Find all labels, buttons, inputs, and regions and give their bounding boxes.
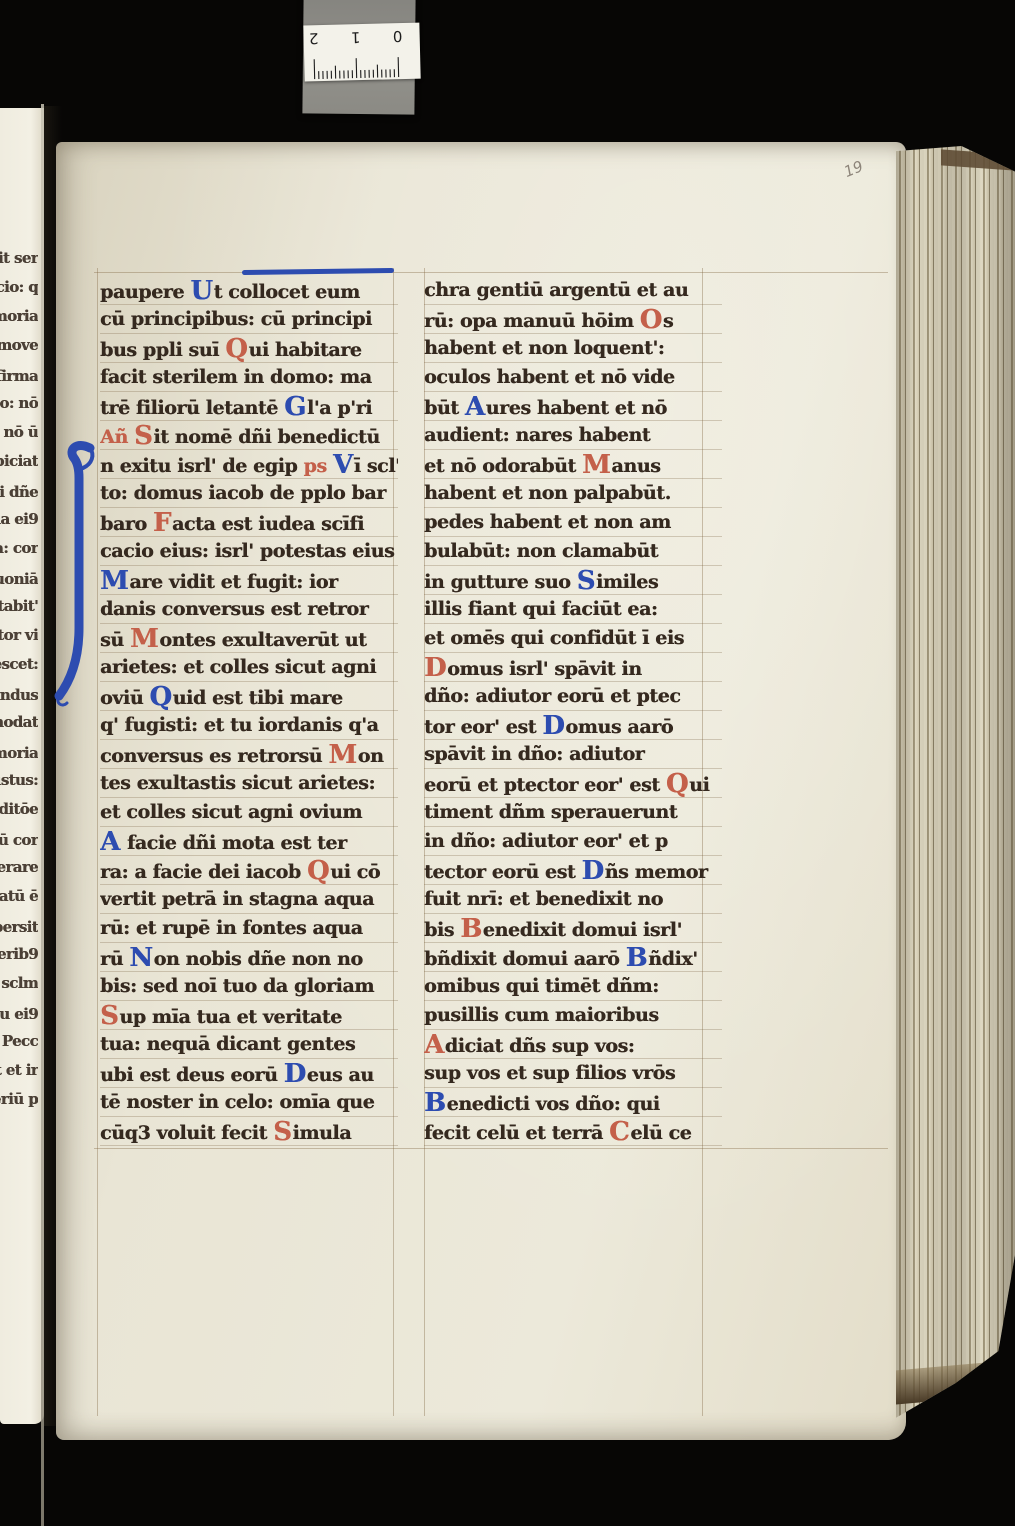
- text-line: tē noster in celo: omīa que: [100, 1088, 398, 1117]
- versal-initial: F: [153, 508, 171, 537]
- manuscript-photograph: 210 disponit serin iudicio: qin memorian…: [0, 0, 1015, 1526]
- text-line: vertit petrā in stagna aqua: [100, 885, 398, 914]
- versal-initial: C: [609, 1117, 629, 1146]
- text-line: fuit nrī: et benedixit no: [424, 885, 722, 914]
- text-segment: et tabescet:: [0, 655, 38, 673]
- ruler-numbers: 210: [303, 23, 419, 26]
- ruler-tick-marks: [304, 53, 421, 80]
- text-segment: ei9 sperare: [0, 858, 38, 876]
- versal-initial: D: [581, 856, 603, 885]
- text-line: tor eor' est Domus aarō: [424, 711, 722, 740]
- text-segment: ro: eius nō ū: [0, 423, 38, 441]
- text-line: oviū Quid est tibi mare: [100, 682, 398, 711]
- text-segment: tector eorū est: [424, 861, 581, 883]
- text-line: In memoria: [0, 737, 38, 766]
- text-segment: cū principibus: cū principi: [100, 308, 372, 330]
- text-segment: fuit nrī: et benedixit no: [424, 888, 663, 910]
- text-segment: ps: [304, 455, 333, 477]
- text-segment: sū: [100, 629, 130, 651]
- text-segment: uoniā: [0, 570, 38, 588]
- text-line: dño: adiutor eorū et ptec: [424, 682, 722, 711]
- text-segment: et comodat: [0, 713, 38, 731]
- text-segment: pedes habent et non am: [424, 511, 671, 533]
- text-segment: ab auditōe: [0, 800, 38, 818]
- text-segment: tua: nequā dicant gentes: [100, 1033, 355, 1055]
- text-line: exaltabit': [0, 592, 38, 621]
- text-line: r despiciat: [0, 447, 38, 476]
- text-segment: arietes: et colles sicut agni: [100, 656, 376, 678]
- text-line: ro: eius nō ū: [0, 418, 38, 447]
- text-line: Añ Sit nomē dñi benedictū: [100, 421, 398, 450]
- text-segment: bis: sed noī tuo da gloriam: [100, 975, 374, 997]
- text-segment: pusillis cum maioribus: [424, 1004, 659, 1026]
- text-segment: to: domus iacob de pplo bar: [100, 482, 386, 504]
- text-segment: ui habitare: [248, 339, 361, 361]
- ruling-horizontal-bottom: [94, 1148, 888, 1149]
- text-line: non cōmove: [0, 331, 38, 360]
- text-segment: non cōmove: [0, 336, 38, 354]
- text-segment: cūq3 voluit fecit: [100, 1122, 273, 1144]
- text-segment: bulabūt: non clamabūt: [424, 540, 658, 562]
- versal-initial: Q: [307, 856, 329, 885]
- text-segment: bñdixit domui aarō: [424, 948, 626, 970]
- text-line: pedes habent et non am: [424, 508, 722, 537]
- ruler-number: 0: [390, 27, 404, 45]
- text-line: videbit et ir: [0, 1056, 38, 1085]
- text-segment: rū: opa manuū hōim: [424, 310, 640, 332]
- text-segment: imiles: [596, 571, 658, 593]
- text-segment: q' fugisti: et tu iordanis q'a: [100, 714, 378, 736]
- text-line: Benedicti vos dño: qui: [424, 1088, 722, 1117]
- text-line: in gl'a Pecc: [0, 1027, 38, 1056]
- text-line: cūq3 voluit fecit Simula: [100, 1117, 398, 1146]
- text-line: in iudicio: q: [0, 273, 38, 302]
- text-line: oculos habent et nō vide: [424, 363, 722, 392]
- text-line: to: domus iacob de pplo bar: [100, 479, 398, 508]
- text-line: iustitia ei9: [0, 505, 38, 534]
- versal-initial: D: [284, 1059, 306, 1088]
- text-segment: aratū cor: [0, 831, 38, 849]
- text-line: habent et non loquent':: [424, 334, 722, 363]
- versal-initial: B: [424, 1088, 446, 1117]
- text-line: danis conversus est retror: [100, 595, 398, 624]
- text-line: rū: opa manuū hōim Os: [424, 305, 722, 334]
- text-segment: on nobis dñe non no: [154, 948, 363, 970]
- text-segment: ra: a facie dei iacob: [100, 861, 307, 883]
- versal-initial: B: [460, 914, 482, 943]
- text-segment: rū: et rupē in fontes aqua: [100, 917, 363, 939]
- text-segment: ī scl'a: [354, 455, 398, 477]
- text-line: q' fugisti: et tu iordanis q'a: [100, 711, 398, 740]
- versal-initial: Q: [149, 682, 171, 711]
- text-line: cacio eius: isrl' potestas eius: [100, 537, 398, 566]
- text-line: Adiciat dñs sup vos:: [424, 1030, 722, 1059]
- versal-initial: B: [626, 943, 648, 972]
- text-line: sup vos et sup filios vrōs: [424, 1059, 722, 1088]
- text-segment: oculos habent et nō vide: [424, 366, 675, 388]
- ruler-number: 1: [348, 28, 362, 46]
- text-segment: timent dñm sperauerunt: [424, 801, 677, 823]
- text-segment: ñs memor: [605, 861, 708, 883]
- text-line: in memoria: [0, 302, 38, 331]
- text-line: n exitu isrl' de egip ps Vī scl'a: [100, 450, 398, 479]
- text-segment: ñdix': [648, 948, 697, 970]
- text-line: Paratū cor: [0, 824, 38, 853]
- text-segment: t collocet eum: [214, 281, 360, 303]
- text-line: rū: et rupē in fontes aqua: [100, 914, 398, 943]
- text-line: cū principibus: cū principi: [100, 305, 398, 334]
- text-segment: on: [358, 745, 384, 767]
- text-segment: peccator vi: [0, 626, 38, 644]
- text-line: rit in dño: nō: [0, 389, 38, 418]
- book-fore-edge: [896, 146, 1015, 1428]
- facing-page-text: disponit serin iudicio: qin memorianon c…: [0, 244, 38, 1114]
- ruler-number: 2: [306, 29, 320, 47]
- text-line: habent et non palpabūt.: [424, 479, 722, 508]
- text-segment: omus aarō: [565, 716, 673, 738]
- text-segment: in gl'a Pecc: [0, 1032, 38, 1050]
- text-line: in dño: adiutor eor' et p: [424, 827, 722, 856]
- text-line: eorū et ptector eor' est Qui: [424, 769, 722, 798]
- text-segment: uid est tibi mare: [173, 687, 343, 709]
- text-line: bus ppli suī Qui habitare: [100, 334, 398, 363]
- text-segment: l'a p'ri: [307, 397, 372, 419]
- text-line: illis fiant qui faciūt ea:: [424, 595, 722, 624]
- text-segment: baro: [100, 513, 153, 535]
- versal-initial: M: [100, 566, 128, 595]
- text-segment: pauperib9: [0, 945, 38, 963]
- text-segment: are vidit et fugit: ior: [129, 571, 337, 593]
- text-segment: enedixit domui isrl': [483, 919, 682, 941]
- versal-initial: S: [273, 1117, 291, 1146]
- text-segment: fecit celū et terrā: [424, 1122, 609, 1144]
- text-line: pauperib9: [0, 940, 38, 969]
- versal-initial: S: [134, 421, 152, 450]
- text-segment: tor eor' est: [424, 716, 542, 738]
- text-line: peccator vi: [0, 621, 38, 650]
- text-line: ra: a facie dei iacob Qui cō: [100, 856, 398, 885]
- versal-initial: M: [328, 740, 356, 769]
- text-segment: exaltabit': [0, 597, 38, 615]
- versal-initial: A: [100, 827, 120, 856]
- text-line: spāvit in dño: adiutor: [424, 740, 722, 769]
- text-segment: danis conversus est retror: [100, 598, 368, 620]
- text-segment: ornu ei9: [0, 1005, 38, 1023]
- text-line: arietes: et colles sicut agni: [100, 653, 398, 682]
- text-line: baro Facta est iudea scīfi: [100, 508, 398, 537]
- text-segment: trē filiorū letantē: [100, 397, 284, 419]
- text-segment: erit iustus:: [0, 771, 38, 789]
- text-segment: et nō odorabūt: [424, 455, 582, 477]
- text-line: et nō odorabūt Manus: [424, 450, 722, 479]
- text-line: audient: nares habent: [424, 421, 722, 450]
- text-segment: bis: [424, 919, 460, 941]
- blue-pen-flourish: [242, 268, 394, 275]
- text-line: pusillis cum maioribus: [424, 1001, 722, 1030]
- text-segment: elū ce: [630, 1122, 691, 1144]
- text-segment: omus isrl' spāvit in: [447, 658, 641, 680]
- text-line: disponit ser: [0, 244, 38, 273]
- text-segment: in scl'a: cor: [0, 539, 38, 557]
- text-segment: desideriū p: [0, 1090, 38, 1108]
- text-segment: habent et non loquent':: [424, 337, 664, 359]
- text-segment: bus ppli suī: [100, 339, 225, 361]
- text-segment: r despiciat: [0, 452, 38, 470]
- text-line: Mare vidit et fugit: ior: [100, 566, 398, 595]
- text-segment: facit sterilem in domo: ma: [100, 366, 372, 388]
- text-segment: in dño: adiutor eor' et p: [424, 830, 668, 852]
- text-line: et colles sicut agni ovium: [100, 798, 398, 827]
- photo-scale-tab: 210: [302, 0, 415, 115]
- text-segment: omibus qui timēt dñm:: [424, 975, 659, 997]
- text-segment: dño: adiutor eorū et ptec: [424, 685, 681, 707]
- text-line: būt Aures habent et nō: [424, 392, 722, 421]
- versal-initial: S: [577, 566, 595, 595]
- text-segment: iustitia ei9: [0, 510, 38, 528]
- ruling-horizontal-top: [94, 272, 888, 273]
- text-segment: habent et non palpabūt.: [424, 482, 671, 504]
- versal-initial: G: [284, 392, 306, 421]
- text-segment: eus au: [307, 1064, 374, 1086]
- text-line: tector eorū est Dñs memor: [424, 856, 722, 885]
- text-segment: s: [663, 310, 673, 332]
- text-segment: būt: [424, 397, 465, 419]
- fore-edge-top-corner: [941, 149, 1015, 170]
- text-segment: et colles sicut agni ovium: [100, 801, 362, 823]
- text-segment: rū: [100, 948, 129, 970]
- versal-initial: O: [640, 305, 662, 334]
- text-line: sū Montes exultaverūt ut: [100, 624, 398, 653]
- text-line: conversus es retrorsū Mon: [100, 740, 398, 769]
- text-segment: n memoria: [0, 744, 38, 762]
- text-line: ei9 sperare: [0, 853, 38, 882]
- versal-initial: Q: [666, 769, 688, 798]
- versal-initial: N: [129, 943, 152, 972]
- text-line: bis: sed noī tuo da gloriam: [100, 972, 398, 1001]
- text-segment: ontes exultaverūt ut: [159, 629, 366, 651]
- text-line: Quoniā: [0, 563, 38, 592]
- text-segment: anus: [611, 455, 660, 477]
- text-line: in scl'a: cor: [0, 534, 38, 563]
- text-line: bñdixit domui aarō Bñdix': [424, 943, 722, 972]
- text-segment: in gutture suo: [424, 571, 577, 593]
- text-segment: n exitu isrl' de egip: [100, 455, 304, 477]
- text-line: manet ī sclm: [0, 969, 38, 998]
- text-segment: ubi est deus eorū: [100, 1064, 284, 1086]
- text-segment: audient: nares habent: [424, 424, 650, 446]
- text-segment: ui cō: [330, 861, 380, 883]
- versal-initial: S: [100, 1001, 118, 1030]
- text-line: Cornu ei9: [0, 998, 38, 1027]
- text-line: facit sterilem in domo: ma: [100, 363, 398, 392]
- text-line: Oculi dñe: [0, 476, 38, 505]
- text-line: et tabescet:: [0, 650, 38, 679]
- folio-number: 19: [841, 157, 865, 181]
- text-segment: spāvit in dño: adiutor: [424, 743, 644, 765]
- text-column-left: paupere Ut collocet eumcū principibus: c…: [100, 276, 398, 1146]
- text-line: tes exultastis sicut arietes:: [100, 769, 398, 798]
- text-segment: culi dñe: [0, 483, 38, 501]
- text-segment: facie dñi mota est ter: [121, 832, 347, 854]
- text-line: ubi est deus eorū Deus au: [100, 1059, 398, 1088]
- text-segment: paupere: [100, 281, 190, 303]
- text-line: Quia firma: [0, 360, 38, 389]
- manuscript-page: 19 paupere Ut collocet eumcū principibus…: [56, 142, 906, 1440]
- text-line: omibus qui timēt dñm:: [424, 972, 722, 1001]
- versal-initial: M: [582, 450, 610, 479]
- text-segment: cacio eius: isrl' potestas eius: [100, 540, 394, 562]
- text-segment: rit in dño: nō: [0, 394, 38, 412]
- versal-initial: V: [333, 450, 353, 479]
- text-line: trē filiorū letantē Gl'a p'ri: [100, 392, 398, 421]
- text-segment: ui: [689, 774, 709, 796]
- text-line: timent dñm sperauerunt: [424, 798, 722, 827]
- text-line: Dispersit: [0, 911, 38, 940]
- text-segment: vertit petrā in stagna aqua: [100, 888, 374, 910]
- text-segment: Añ: [100, 426, 134, 448]
- versal-initial: A: [424, 1030, 444, 1059]
- text-segment: tē noster in celo: omīa que: [100, 1091, 374, 1113]
- text-line: chra gentiū argentū et au: [424, 276, 722, 305]
- text-segment: sup vos et sup filios vrōs: [424, 1062, 675, 1084]
- text-segment: manet ī sclm: [0, 974, 38, 992]
- text-segment: videbit et ir: [0, 1061, 38, 1079]
- text-line: Domus isrl' spāvit in: [424, 653, 722, 682]
- text-line: Jocundus: [0, 679, 38, 708]
- text-line: et omēs qui confidūt ī eis: [424, 624, 722, 653]
- text-line: rū Non nobis dñe non no: [100, 943, 398, 972]
- text-segment: in memoria: [0, 307, 38, 325]
- text-segment: oviū: [100, 687, 149, 709]
- text-column-right: chra gentiū argentū et aurū: opa manuū h…: [424, 276, 722, 1146]
- text-segment: it nomē dñi benedictū: [153, 426, 379, 448]
- versal-initial: A: [465, 392, 485, 421]
- text-segment: illis fiant qui faciūt ea:: [424, 598, 658, 620]
- text-line: Sup mīa tua et veritate: [100, 1001, 398, 1030]
- text-line: firmatū ē: [0, 882, 38, 911]
- text-line: desideriū p: [0, 1085, 38, 1114]
- text-segment: ocundus: [0, 686, 38, 704]
- text-segment: enedicti vos dño: qui: [447, 1093, 660, 1115]
- versal-initial: M: [130, 624, 158, 653]
- versal-initial: Q: [225, 334, 247, 363]
- versal-initial: U: [190, 276, 212, 305]
- text-segment: tes exultastis sicut arietes:: [100, 772, 375, 794]
- text-segment: conversus es retrorsū: [100, 745, 328, 767]
- text-segment: eorū et ptector eor' est: [424, 774, 666, 796]
- text-segment: ispersit: [0, 918, 38, 936]
- text-segment: firmatū ē: [0, 887, 38, 905]
- fore-edge-bottom-corner: [891, 1357, 1015, 1404]
- text-line: ab auditōe: [0, 795, 38, 824]
- text-segment: diciat dñs sup vos:: [445, 1035, 635, 1057]
- text-line: bulabūt: non clamabūt: [424, 537, 722, 566]
- facing-page-sliver: disponit serin iudicio: qin memorianon c…: [0, 108, 44, 1424]
- text-segment: acta est iudea scīfi: [172, 513, 364, 535]
- text-segment: et omēs qui confidūt ī eis: [424, 627, 684, 649]
- versal-initial: D: [424, 653, 446, 682]
- text-line: et comodat: [0, 708, 38, 737]
- text-line: paupere Ut collocet eum: [100, 276, 398, 305]
- text-line: fecit celū et terrā Celū ce: [424, 1117, 722, 1146]
- cm-ruler: 210: [303, 23, 420, 82]
- text-line: A facie dñi mota est ter: [100, 827, 398, 856]
- text-segment: in iudicio: q: [0, 278, 38, 296]
- text-segment: disponit ser: [0, 249, 38, 267]
- text-segment: up mīa tua et veritate: [119, 1006, 341, 1028]
- text-line: erit iustus:: [0, 766, 38, 795]
- text-line: bis Benedixit domui isrl': [424, 914, 722, 943]
- text-segment: ures habent et nō: [486, 397, 667, 419]
- text-line: in gutture suo Similes: [424, 566, 722, 595]
- versal-initial: D: [542, 711, 564, 740]
- text-segment: uia firma: [0, 367, 38, 385]
- text-segment: chra gentiū argentū et au: [424, 279, 688, 301]
- text-segment: imula: [293, 1122, 352, 1144]
- text-line: tua: nequā dicant gentes: [100, 1030, 398, 1059]
- illuminated-initial-I-icon: [58, 440, 104, 720]
